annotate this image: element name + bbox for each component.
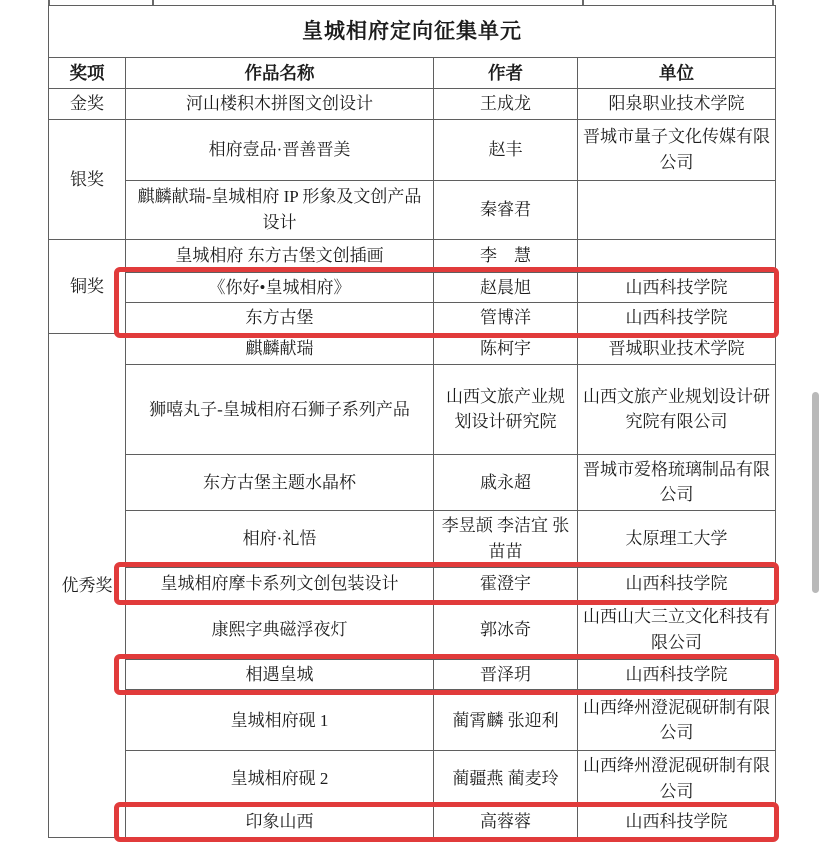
- table-row: 铜奖皇城相府 东方古堡文创插画李 慧: [49, 239, 776, 272]
- author-cell: 陈柯宇: [434, 333, 578, 364]
- unit-cell: [578, 180, 776, 239]
- table-row: 东方古堡管博洋山西科技学院: [49, 303, 776, 334]
- table-row: 相府·礼悟李昱颉 李洁宜 张苗苗太原理工大学: [49, 510, 776, 567]
- unit-cell: 山西绛州澄泥砚研制有限公司: [578, 751, 776, 807]
- unit-cell: 晋城市量子文化传媒有限公司: [578, 119, 776, 180]
- unit-cell: 阳泉职业技术学院: [578, 89, 776, 120]
- unit-cell: 太原理工大学: [578, 510, 776, 567]
- column-header-3: 单位: [578, 58, 776, 89]
- award-cell: 金奖: [49, 89, 126, 120]
- unit-cell: 山西科技学院: [578, 659, 776, 690]
- table-row: 康熙字典磁浮夜灯郭冰奇山西山大三立文化科技有限公司: [49, 600, 776, 659]
- award-cell: 银奖: [49, 119, 126, 239]
- table-row: 银奖相府壹品·晋善晋美赵丰晋城市量子文化传媒有限公司: [49, 119, 776, 180]
- unit-cell: 山西科技学院: [578, 567, 776, 600]
- unit-cell: 山西科技学院: [578, 303, 776, 334]
- title-row: 皇城相府定向征集单元: [49, 6, 776, 58]
- name-cell: 麒麟献瑞-皇城相府 IP 形象及文创产品设计: [126, 180, 434, 239]
- author-cell: 晋泽玥: [434, 659, 578, 690]
- name-cell: 《你好•皇城相府》: [126, 272, 434, 303]
- author-cell: 赵丰: [434, 119, 578, 180]
- unit-cell: 山西绛州澄泥砚研制有限公司: [578, 690, 776, 751]
- name-cell: 相府·礼悟: [126, 510, 434, 567]
- header-row: 奖项作品名称作者单位: [49, 58, 776, 89]
- author-cell: 王成龙: [434, 89, 578, 120]
- unit-cell: [578, 239, 776, 272]
- author-cell: 郭冰奇: [434, 600, 578, 659]
- table-row: 《你好•皇城相府》赵晨旭山西科技学院: [49, 272, 776, 303]
- table-row: 相遇皇城晋泽玥山西科技学院: [49, 659, 776, 690]
- author-cell: 赵晨旭: [434, 272, 578, 303]
- award-table: 皇城相府定向征集单元 奖项作品名称作者单位 金奖河山楼积木拼图文创设计王成龙阳泉…: [48, 5, 776, 838]
- author-cell: 戚永超: [434, 454, 578, 510]
- name-cell: 康熙字典磁浮夜灯: [126, 600, 434, 659]
- table-title: 皇城相府定向征集单元: [49, 6, 776, 58]
- name-cell: 河山楼积木拼图文创设计: [126, 89, 434, 120]
- table-row: 皇城相府砚 1蔺霄麟 张迎利山西绛州澄泥砚研制有限公司: [49, 690, 776, 751]
- table-row: 麒麟献瑞-皇城相府 IP 形象及文创产品设计秦睿君: [49, 180, 776, 239]
- award-cell: 铜奖: [49, 239, 126, 333]
- name-cell: 东方古堡: [126, 303, 434, 334]
- unit-cell: 晋城职业技术学院: [578, 333, 776, 364]
- column-header-1: 作品名称: [126, 58, 434, 89]
- table-row: 皇城相府砚 2蔺疆燕 蔺麦玲山西绛州澄泥砚研制有限公司: [49, 751, 776, 807]
- table-row: 印象山西高蓉蓉山西科技学院: [49, 807, 776, 838]
- name-cell: 皇城相府砚 1: [126, 690, 434, 751]
- unit-cell: 山西文旅产业规划设计研究院有限公司: [578, 364, 776, 454]
- column-header-0: 奖项: [49, 58, 126, 89]
- table-row: 皇城相府摩卡系列文创包装设计霍澄宇山西科技学院: [49, 567, 776, 600]
- table-row: 狮嘻丸子-皇城相府石狮子系列产品山西文旅产业规划设计研究院山西文旅产业规划设计研…: [49, 364, 776, 454]
- author-cell: 秦睿君: [434, 180, 578, 239]
- author-cell: 山西文旅产业规划设计研究院: [434, 364, 578, 454]
- unit-cell: 山西科技学院: [578, 807, 776, 838]
- author-cell: 霍澄宇: [434, 567, 578, 600]
- column-header-2: 作者: [434, 58, 578, 89]
- name-cell: 狮嘻丸子-皇城相府石狮子系列产品: [126, 364, 434, 454]
- unit-cell: 晋城市爱格琉璃制品有限公司: [578, 454, 776, 510]
- author-cell: 李 慧: [434, 239, 578, 272]
- author-cell: 蔺霄麟 张迎利: [434, 690, 578, 751]
- name-cell: 相遇皇城: [126, 659, 434, 690]
- table-row: 东方古堡主题水晶杯戚永超晋城市爱格琉璃制品有限公司: [49, 454, 776, 510]
- table-row: 金奖河山楼积木拼图文创设计王成龙阳泉职业技术学院: [49, 89, 776, 120]
- name-cell: 东方古堡主题水晶杯: [126, 454, 434, 510]
- name-cell: 皇城相府砚 2: [126, 751, 434, 807]
- unit-cell: 山西山大三立文化科技有限公司: [578, 600, 776, 659]
- name-cell: 印象山西: [126, 807, 434, 838]
- author-cell: 李昱颉 李洁宜 张苗苗: [434, 510, 578, 567]
- name-cell: 相府壹品·晋善晋美: [126, 119, 434, 180]
- name-cell: 皇城相府 东方古堡文创插画: [126, 239, 434, 272]
- award-cell: 优秀奖: [49, 333, 126, 837]
- author-cell: 管博洋: [434, 303, 578, 334]
- name-cell: 麒麟献瑞: [126, 333, 434, 364]
- table-row: 优秀奖麒麟献瑞陈柯宇晋城职业技术学院: [49, 333, 776, 364]
- author-cell: 蔺疆燕 蔺麦玲: [434, 751, 578, 807]
- scrollbar-thumb[interactable]: [812, 392, 819, 593]
- page: 皇城相府定向征集单元 奖项作品名称作者单位 金奖河山楼积木拼图文创设计王成龙阳泉…: [0, 0, 830, 842]
- name-cell: 皇城相府摩卡系列文创包装设计: [126, 567, 434, 600]
- unit-cell: 山西科技学院: [578, 272, 776, 303]
- author-cell: 高蓉蓉: [434, 807, 578, 838]
